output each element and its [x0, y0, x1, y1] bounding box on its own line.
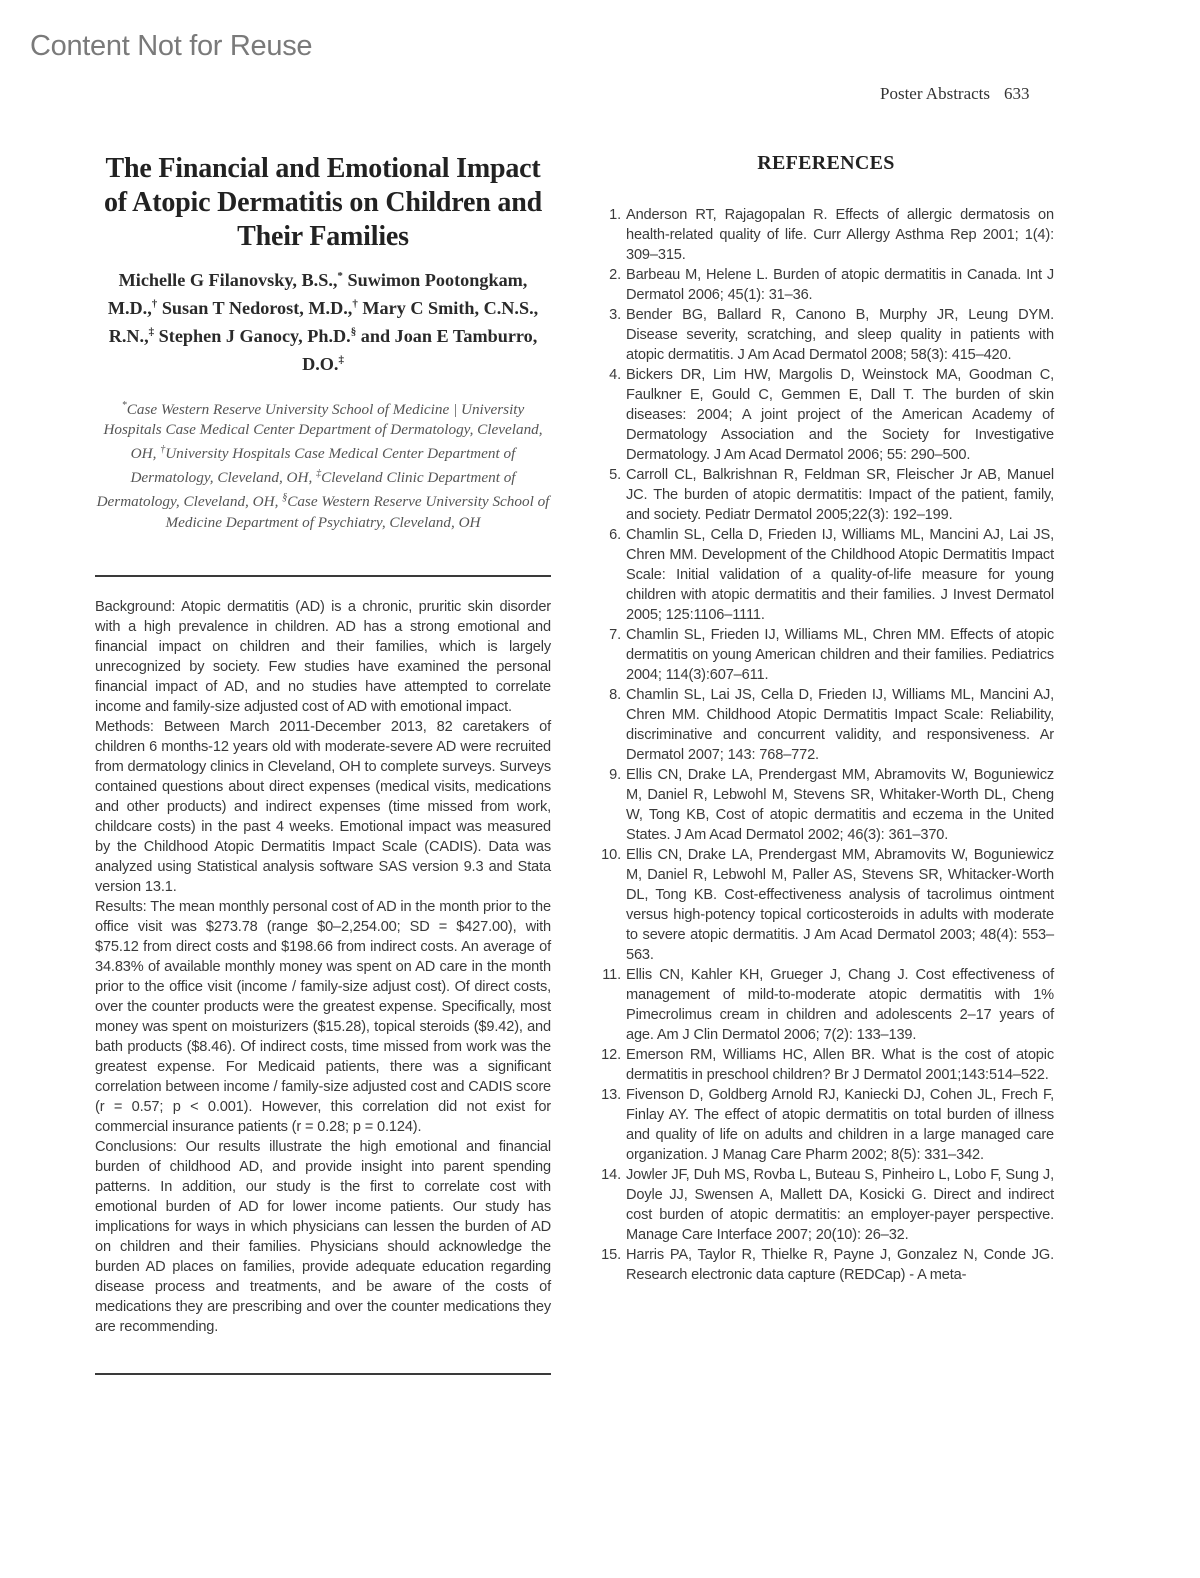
- reference-item: 12.Emerson RM, Williams HC, Allen BR. Wh…: [598, 1045, 1054, 1085]
- reference-number: 3.: [598, 305, 621, 325]
- reference-text: Chamlin SL, Lai JS, Cella D, Frieden IJ,…: [626, 687, 1054, 763]
- reference-number: 10.: [598, 845, 621, 865]
- reference-text: Harris PA, Taylor R, Thielke R, Payne J,…: [626, 1247, 1054, 1283]
- reference-number: 2.: [598, 265, 621, 285]
- reference-text: Bickers DR, Lim HW, Margolis D, Weinstoc…: [626, 367, 1054, 463]
- author-mark: ‡: [338, 354, 344, 366]
- background-text: Atopic dermatitis (AD) is a chronic, pru…: [95, 599, 551, 715]
- references-heading: REFERENCES: [598, 152, 1054, 175]
- author-mark: †: [352, 298, 358, 310]
- reference-number: 11.: [598, 965, 621, 985]
- reference-text: Carroll CL, Balkrishnan R, Feldman SR, F…: [626, 467, 1054, 523]
- reference-item: 15.Harris PA, Taylor R, Thielke R, Payne…: [598, 1245, 1054, 1285]
- abstract-body: Background: Atopic dermatitis (AD) is a …: [95, 597, 551, 1337]
- reference-text: Fivenson D, Goldberg Arnold RJ, Kaniecki…: [626, 1087, 1054, 1163]
- reference-item: 7.Chamlin SL, Frieden IJ, Williams ML, C…: [598, 625, 1054, 685]
- reference-number: 8.: [598, 685, 621, 705]
- watermark: Content Not for Reuse: [30, 30, 312, 63]
- reference-number: 6.: [598, 525, 621, 545]
- reference-number: 7.: [598, 625, 621, 645]
- section-name: Poster Abstracts: [880, 84, 990, 103]
- abstract-conclusions: Conclusions: Our results illustrate the …: [95, 1137, 551, 1337]
- conclusions-label: Conclusions:: [95, 1139, 177, 1155]
- author: Stephen J Ganocy, Ph.D.: [159, 326, 351, 346]
- abstract-background: Background: Atopic dermatitis (AD) is a …: [95, 597, 551, 717]
- reference-number: 5.: [598, 465, 621, 485]
- background-label: Background:: [95, 599, 175, 615]
- reference-number: 1.: [598, 205, 621, 225]
- divider-top: [95, 575, 551, 577]
- author-mark: *: [337, 270, 343, 282]
- reference-text: Chamlin SL, Frieden IJ, Williams ML, Chr…: [626, 627, 1054, 683]
- reference-number: 13.: [598, 1085, 621, 1105]
- reference-item: 3.Bender BG, Ballard R, Canono B, Murphy…: [598, 305, 1054, 365]
- reference-text: Ellis CN, Drake LA, Prendergast MM, Abra…: [626, 767, 1054, 843]
- reference-text: Anderson RT, Rajagopalan R. Effects of a…: [626, 207, 1054, 263]
- reference-text: Chamlin SL, Cella D, Frieden IJ, William…: [626, 527, 1054, 623]
- reference-item: 1.Anderson RT, Rajagopalan R. Effects of…: [598, 205, 1054, 265]
- running-head: Poster Abstracts633: [880, 84, 1030, 104]
- reference-text: Ellis CN, Kahler KH, Grueger J, Chang J.…: [626, 967, 1054, 1043]
- reference-text: Barbeau M, Helene L. Burden of atopic de…: [626, 267, 1054, 303]
- divider-bottom: [95, 1373, 551, 1375]
- references-column: REFERENCES 1.Anderson RT, Rajagopalan R.…: [598, 152, 1054, 1285]
- reference-item: 5.Carroll CL, Balkrishnan R, Feldman SR,…: [598, 465, 1054, 525]
- abstract-results: Results: The mean monthly personal cost …: [95, 897, 551, 1137]
- reference-item: 8.Chamlin SL, Lai JS, Cella D, Frieden I…: [598, 685, 1054, 765]
- author-mark: ‡: [149, 326, 155, 338]
- reference-number: 12.: [598, 1045, 621, 1065]
- affiliations: *Case Western Reserve University School …: [95, 396, 551, 532]
- page-number: 633: [1004, 84, 1030, 103]
- reference-item: 11.Ellis CN, Kahler KH, Grueger J, Chang…: [598, 965, 1054, 1045]
- methods-text: Between March 2011-December 2013, 82 car…: [95, 719, 551, 895]
- reference-number: 4.: [598, 365, 621, 385]
- author: Susan T Nedorost, M.D.,: [162, 298, 353, 318]
- reference-number: 15.: [598, 1245, 621, 1265]
- reference-list: 1.Anderson RT, Rajagopalan R. Effects of…: [598, 205, 1054, 1285]
- author-list: Michelle G Filanovsky, B.S.,* Suwimon Po…: [95, 264, 551, 376]
- results-label: Results:: [95, 899, 147, 915]
- reference-item: 9.Ellis CN, Drake LA, Prendergast MM, Ab…: [598, 765, 1054, 845]
- reference-item: 4.Bickers DR, Lim HW, Margolis D, Weinst…: [598, 365, 1054, 465]
- reference-text: Jowler JF, Duh MS, Rovba L, Buteau S, Pi…: [626, 1167, 1054, 1243]
- reference-item: 6.Chamlin SL, Cella D, Frieden IJ, Willi…: [598, 525, 1054, 625]
- article-title: The Financial and Emotional Impact of At…: [95, 152, 551, 254]
- author-mark: §: [351, 326, 357, 338]
- reference-text: Ellis CN, Drake LA, Prendergast MM, Abra…: [626, 847, 1054, 963]
- reference-item: 10.Ellis CN, Drake LA, Prendergast MM, A…: [598, 845, 1054, 965]
- conclusions-text: Our results illustrate the high emotiona…: [95, 1139, 551, 1335]
- reference-number: 14.: [598, 1165, 621, 1185]
- abstract-column: The Financial and Emotional Impact of At…: [95, 152, 551, 1375]
- reference-item: 13.Fivenson D, Goldberg Arnold RJ, Kanie…: [598, 1085, 1054, 1165]
- reference-item: 14.Jowler JF, Duh MS, Rovba L, Buteau S,…: [598, 1165, 1054, 1245]
- reference-text: Bender BG, Ballard R, Canono B, Murphy J…: [626, 307, 1054, 363]
- results-text: The mean monthly personal cost of AD in …: [95, 899, 551, 1135]
- abstract-methods: Methods: Between March 2011-December 201…: [95, 717, 551, 897]
- author-mark: †: [152, 298, 158, 310]
- reference-item: 2.Barbeau M, Helene L. Burden of atopic …: [598, 265, 1054, 305]
- reference-number: 9.: [598, 765, 621, 785]
- reference-text: Emerson RM, Williams HC, Allen BR. What …: [626, 1047, 1054, 1083]
- author: Michelle G Filanovsky, B.S.,: [119, 270, 338, 290]
- methods-label: Methods:: [95, 719, 154, 735]
